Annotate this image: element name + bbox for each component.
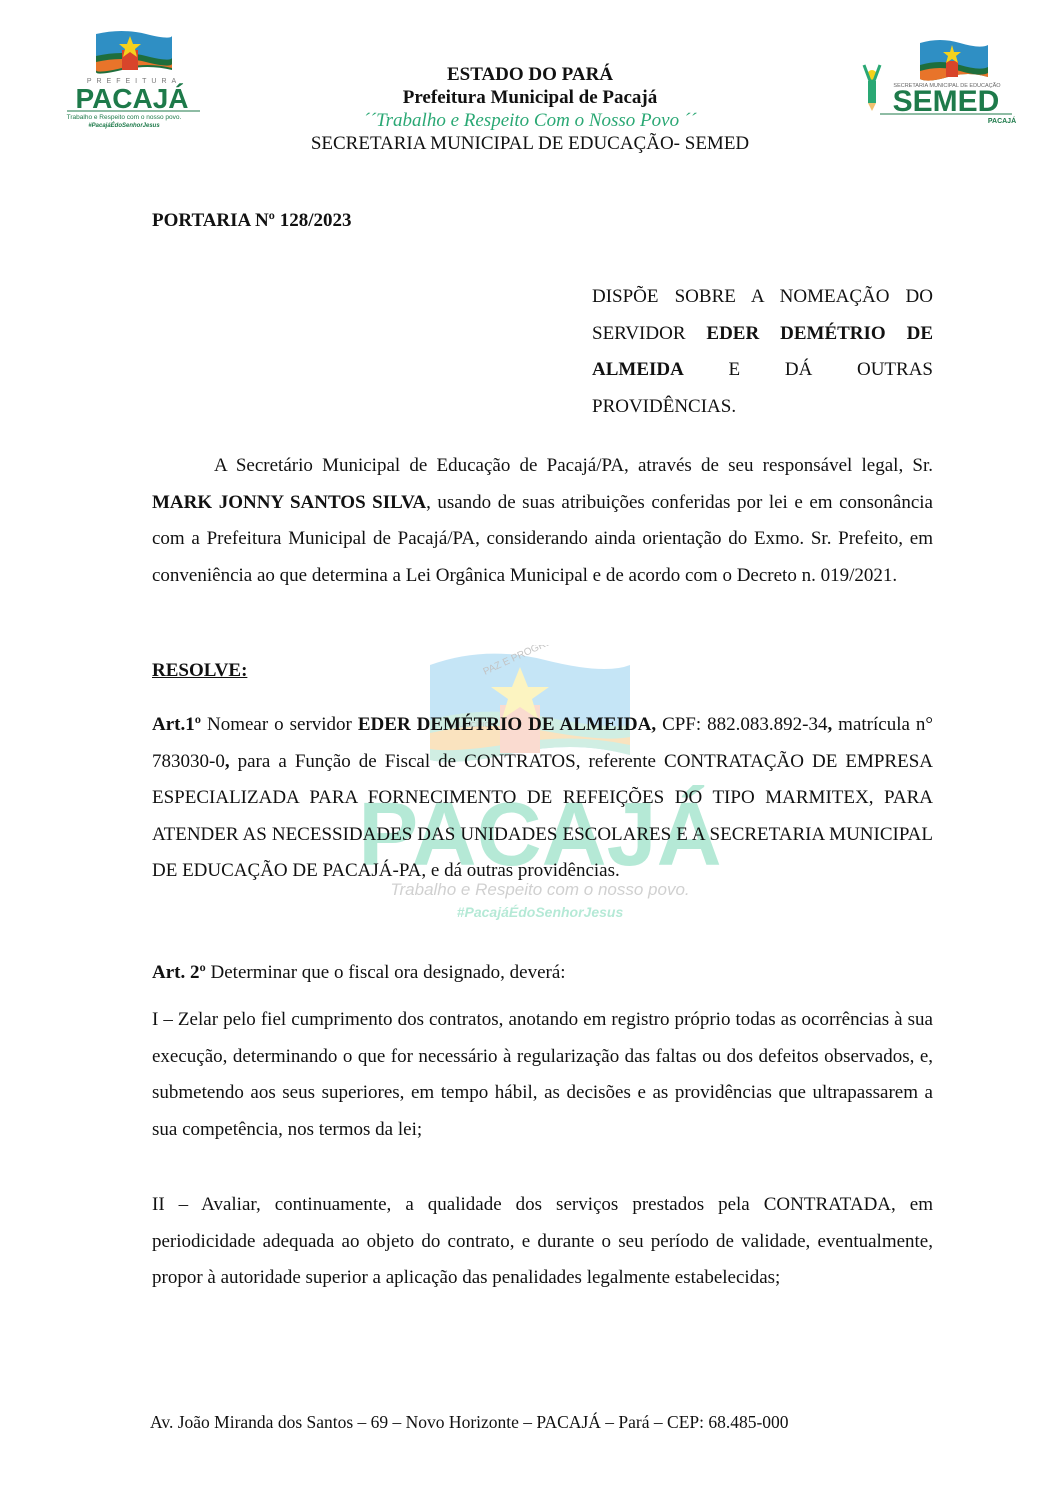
article-1-servidor-name: EDER DEMÉTRIO DE ALMEIDA, — [358, 714, 656, 735]
municipal-flag-icon: PREFEITURA PACAJÁ Trabalho e Respeito co… — [62, 28, 207, 130]
state-name: ESTADO DO PARÁ — [270, 63, 790, 86]
svg-text:SEMED: SEMED — [893, 85, 1000, 118]
ementa: DISPÕE SOBRE A NOMEAÇÃO DO SERVIDOR EDER… — [592, 279, 933, 425]
inciso-2: II – Avaliar, continuamente, a qualidade… — [152, 1187, 933, 1297]
resolve-heading: RESOLVE: — [152, 660, 247, 682]
article-1: Art.1º Nomear o servidor EDER DEMÉTRIO D… — [152, 707, 933, 890]
preamble: A Secretário Municipal de Educação de Pa… — [152, 448, 933, 594]
svg-text:PACAJÁ: PACAJÁ — [75, 83, 188, 114]
portaria-number: PORTARIA Nº 128/2023 — [152, 210, 351, 232]
svg-text:Trabalho e Respeito com o noss: Trabalho e Respeito com o nosso povo. — [67, 114, 182, 121]
semed-logo: SECRETARIA MUNICIPAL DE EDUCAÇÃO SEMED P… — [862, 35, 1022, 125]
article-1-text-2: para a Função de Fiscal de CONTRATOS, re… — [152, 751, 933, 882]
svg-text:#PacajáÉdoSenhorJesus: #PacajáÉdoSenhorJesus — [457, 904, 624, 920]
preamble-text-1: A Secretário Municipal de Educação de Pa… — [214, 455, 933, 476]
article-2-label: Art. 2º — [152, 962, 206, 983]
prefeitura-pacaja-logo: PREFEITURA PACAJÁ Trabalho e Respeito co… — [62, 28, 207, 130]
secretary-name: MARK JONNY SANTOS SILVA — [152, 492, 426, 513]
svg-text:PACAJÁ: PACAJÁ — [988, 116, 1016, 125]
footer-address: Av. João Miranda dos Santos – 69 – Novo … — [150, 1412, 789, 1433]
svg-text:PAZ E PROGRESSO: PAZ E PROGRESSO — [482, 645, 573, 678]
secretaria-name: SECRETARIA MUNICIPAL DE EDUCAÇÃO- SEMED — [270, 132, 790, 155]
article-2: Art. 2º Determinar que o fiscal ora desi… — [152, 955, 933, 992]
inciso-1: I – Zelar pelo fiel cumprimento dos cont… — [152, 1002, 933, 1148]
document-header: ESTADO DO PARÁ Prefeitura Municipal de P… — [270, 63, 790, 155]
article-2-text: Determinar que o fiscal ora designado, d… — [206, 962, 566, 983]
article-1-label: Art.1º — [152, 714, 201, 735]
prefeitura-name: Prefeitura Municipal de Pacajá — [270, 86, 790, 109]
svg-text:#PacajáÉdoSenhorJesus: #PacajáÉdoSenhorJesus — [88, 121, 160, 129]
semed-flag-icon: SECRETARIA MUNICIPAL DE EDUCAÇÃO SEMED P… — [862, 35, 1022, 125]
article-1-text-1: Nomear o servidor — [201, 714, 358, 735]
article-1-cpf: CPF: 882.083.892-34 — [656, 714, 827, 735]
motto: ´´Trabalho e Respeito Com o Nosso Povo ´… — [270, 109, 790, 132]
